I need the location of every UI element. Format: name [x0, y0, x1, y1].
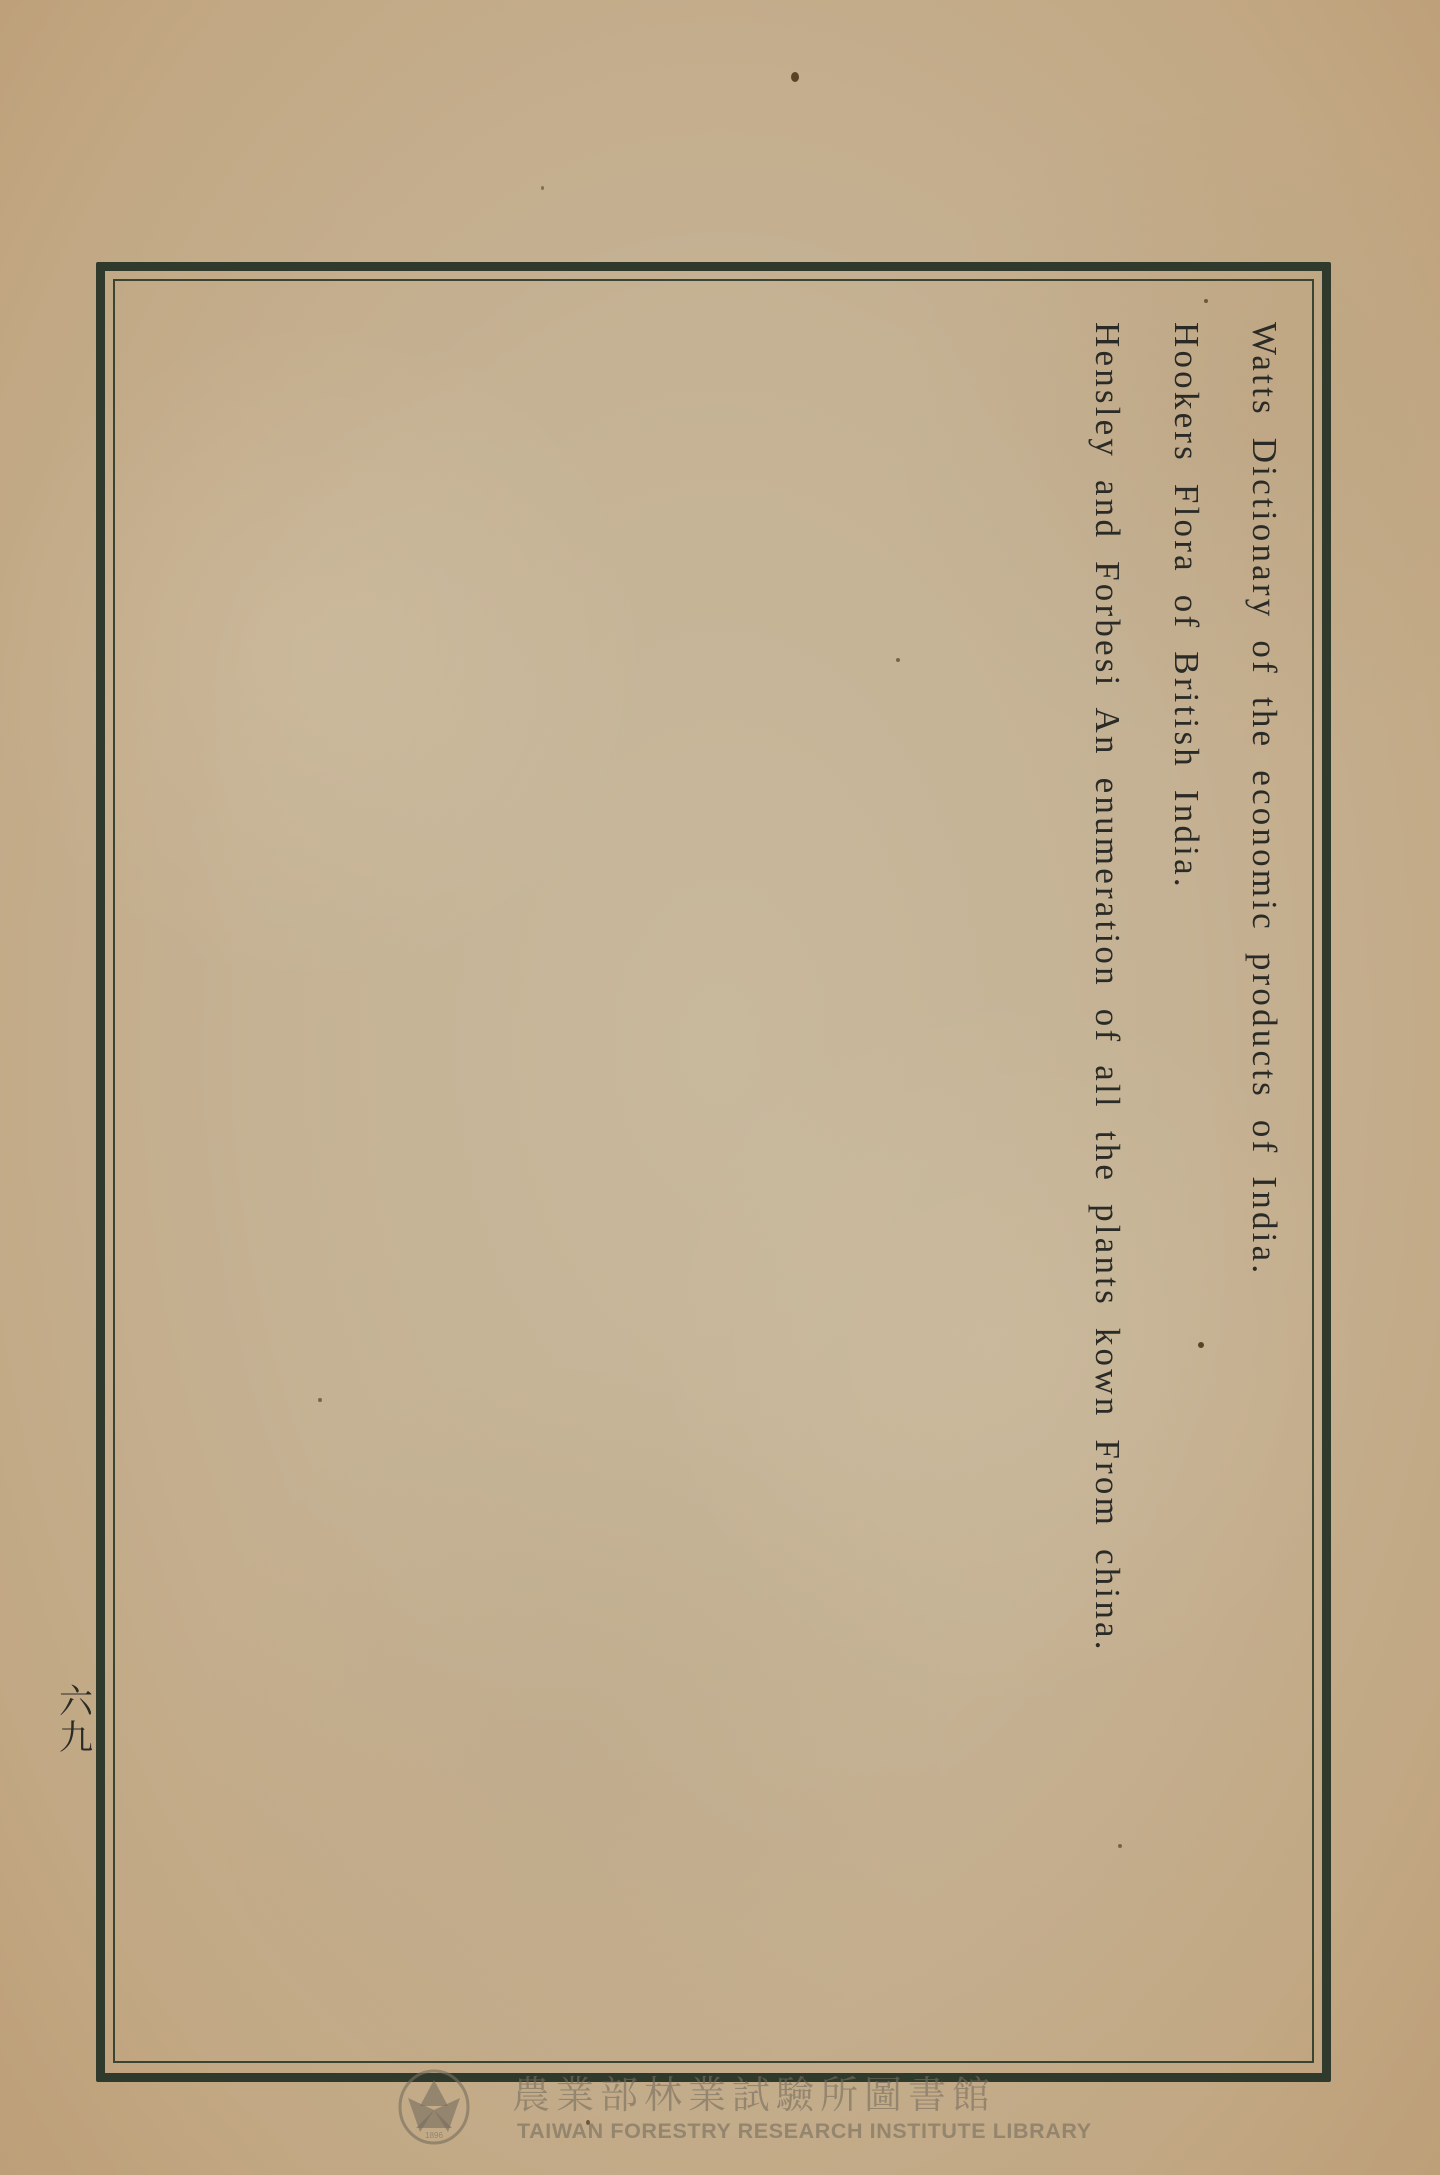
bibliography-entry-3: Hensley and Forbesi An enumeration of al…	[1090, 322, 1125, 1653]
library-watermark-english: TAIWAN FORESTRY RESEARCH INSTITUTE LIBRA…	[517, 2121, 1092, 2143]
bibliography-entry-1: Watts Dictionary of the economic product…	[1247, 322, 1282, 1276]
page-number-char: 九	[56, 1720, 96, 1756]
paper-speck	[791, 72, 799, 82]
page-number: 六 九	[56, 1684, 96, 1756]
page-number-char: 六	[56, 1684, 96, 1720]
institute-logo-icon: 1896	[386, 2058, 482, 2156]
library-watermark-chinese: 農業部林業試驗所圖書館	[512, 2076, 996, 2114]
paper-speck	[541, 186, 544, 190]
bibliography-entry-2: Hookers Flora of British India.	[1169, 322, 1204, 890]
page-border-inner	[113, 279, 1314, 2063]
logo-year: 1896	[425, 2131, 443, 2140]
